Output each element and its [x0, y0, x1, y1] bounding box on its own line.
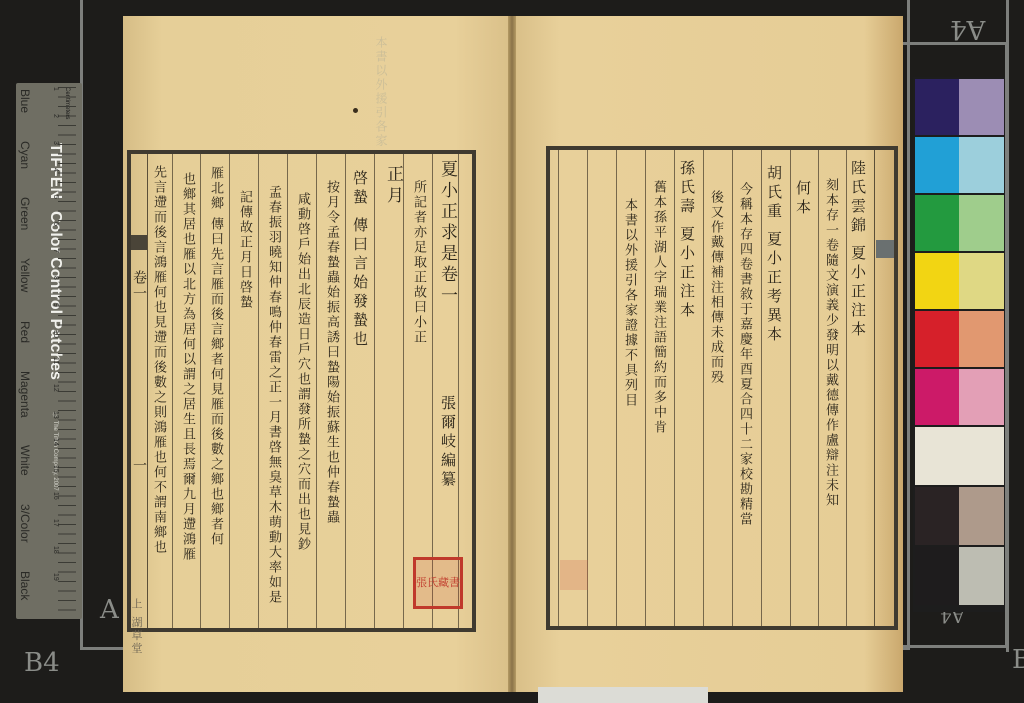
column-rule	[818, 150, 819, 626]
ruler-label-cyan: Cyan	[18, 141, 32, 169]
tick-8: 8	[52, 276, 59, 303]
column-rule	[846, 150, 847, 626]
column-rule	[316, 154, 317, 628]
margin-page-number: 一	[132, 458, 146, 476]
right-margin-strip	[874, 150, 895, 626]
tick-1: 1	[52, 87, 59, 114]
paper-slip	[538, 687, 708, 703]
column-rule	[345, 154, 346, 628]
color-control-chart	[913, 77, 1005, 612]
patch-3color-dark	[915, 487, 959, 545]
text-column: 孫氏壽 夏小正注本	[679, 160, 694, 321]
column-rule	[587, 150, 588, 626]
column-rule	[732, 150, 733, 626]
ruler-label-yellow: Yellow	[18, 258, 32, 292]
column-rule	[374, 154, 375, 628]
column-rule	[761, 150, 762, 626]
margin-volume-label: 卷一	[132, 270, 146, 302]
text-column: 咸動啓戶始出北辰造日戶穴也謂發所蟄之穴而出也見鈔	[296, 192, 309, 552]
ruler-label-blue: Blue	[18, 89, 32, 113]
red-seal-stamp: 張氏藏書	[413, 557, 463, 609]
corner-label-a: A	[100, 595, 119, 625]
text-column: 舊本孫平湖人字瑞業注語簡約而多中肯	[652, 180, 665, 435]
ink-spot	[353, 108, 358, 113]
tick-17: 17	[52, 519, 59, 546]
corner-label-a4-top: A4	[950, 14, 985, 44]
text-column: 胡氏重 夏小正考異本	[766, 165, 781, 345]
tick-13: 13	[52, 411, 59, 438]
author-line: 張爾岐編纂	[440, 395, 455, 490]
tick-5: 5	[52, 195, 59, 222]
column-rule	[229, 154, 230, 628]
left-margin-strip	[131, 154, 148, 628]
faded-stamp-residue	[560, 560, 588, 590]
tick-6: 6	[52, 222, 59, 249]
text-column: 雁北鄉 傳曰先言雁而後言鄉者何見雁而後數之鄉也鄉者何	[209, 166, 222, 547]
column-rule	[674, 150, 675, 626]
ruler-label-magenta: Magenta	[18, 371, 32, 418]
ruler-label-3color: 3/Color	[18, 504, 32, 543]
text-column: 啓蟄 傳曰言始發蟄也	[352, 170, 367, 350]
text-column: 刻本存一卷隨文演義少發明以戴德傳作盧辯注未知	[824, 178, 837, 508]
tick-18: 18	[52, 546, 59, 573]
tick-10: 10	[52, 330, 59, 357]
patch-yellow-light	[959, 253, 1004, 309]
tick-12: 12	[52, 384, 59, 411]
patch-cyan-light	[959, 137, 1004, 193]
tick-11: 11	[52, 357, 59, 384]
tick-16: 16	[52, 492, 59, 519]
patch-3color-light	[959, 487, 1004, 545]
column-rule	[258, 154, 259, 628]
patch-yellow-dark	[915, 253, 959, 309]
patch-white	[915, 427, 1004, 485]
corner-label-b4: B4	[24, 648, 60, 678]
patch-blue-light	[959, 79, 1004, 135]
ruler-color-labels: Blue Cyan Green Yellow Red Magenta White…	[18, 89, 32, 600]
book-gutter	[508, 16, 516, 692]
text-column: 本書以外援引各家證據不具列目	[623, 198, 636, 408]
patch-red-light	[959, 311, 1004, 367]
text-column: 按月令孟春蟄蟲始振高誘曰蟄陽始振蘇生也仲春蟄蟲	[325, 180, 338, 525]
patch-green-light	[959, 195, 1004, 251]
column-rule	[287, 154, 288, 628]
fish-tail-mark	[131, 235, 147, 250]
column-rule	[616, 150, 617, 626]
ruler-ticks	[58, 87, 76, 615]
subtitle-column: 所記者亦足取正故曰小正	[412, 180, 425, 345]
text-column: 今稱本存四卷書敘于嘉慶年酉夏合四十二家校勘精當	[738, 182, 751, 527]
fish-tail-mark-right	[876, 240, 894, 258]
bleed-through-text: 本書以外援引各家	[373, 36, 390, 156]
book-title-column: 夏小正求是卷一	[438, 160, 455, 307]
patch-cyan-dark	[915, 137, 959, 193]
column-rule	[645, 150, 646, 626]
tick-15: 15	[52, 465, 59, 492]
ruler-label-white: White	[18, 445, 32, 476]
ruler-tick-numbers: 1 2 3 4 5 6 7 8 9 10 11 12 13 14 15 16 1…	[52, 87, 59, 600]
column-rule	[403, 154, 404, 628]
patch-green-dark	[915, 195, 959, 251]
text-column: 記傳故正月日啓蟄	[238, 190, 251, 310]
text-column: 陸氏雲錦 夏小正注本	[850, 160, 865, 340]
tick-19: 19	[52, 573, 59, 600]
tick-4: 4	[52, 168, 59, 195]
tick-2: 2	[52, 114, 59, 141]
tick-9: 9	[52, 303, 59, 330]
tick-7: 7	[52, 249, 59, 276]
text-column: 孟春振羽曉知仲春鳴仲春雷之正一月書啓無臭草木萌動大率如是	[267, 185, 280, 605]
tick-3: 3	[52, 141, 59, 168]
text-column: 後又作戴傳補注相傳未成而殁	[709, 190, 722, 385]
patch-black-dark	[915, 547, 959, 605]
patch-magenta-dark	[915, 369, 959, 425]
column-rule	[172, 154, 173, 628]
corner-label-b: B	[1012, 645, 1024, 675]
text-column: 何本	[795, 180, 810, 218]
text-column: 也鄉其居也雁以北方為居何以謂之居生且長焉爾九月遰鴻雁	[181, 172, 194, 562]
ruler-label-red: Red	[18, 321, 32, 343]
patch-magenta-light	[959, 369, 1004, 425]
tick-14: 14	[52, 438, 59, 465]
column-rule	[790, 150, 791, 626]
patch-red-dark	[915, 311, 959, 367]
margin-footer: 上 湖草堂	[131, 598, 142, 656]
ruler-label-black: Black	[18, 571, 32, 600]
patch-black-light	[959, 547, 1004, 605]
text-column: 先言遰而後言鴻雁何也見遰而後數之則鴻雁也何不謂南鄉也	[152, 165, 165, 555]
patch-blue-dark	[915, 79, 959, 135]
month-heading: 正月	[384, 165, 401, 207]
column-rule	[558, 150, 559, 626]
tiffen-color-ruler: Blue Cyan Green Yellow Red Magenta White…	[16, 83, 82, 619]
column-rule	[200, 154, 201, 628]
column-rule	[703, 150, 704, 626]
ruler-label-green: Green	[18, 197, 32, 230]
